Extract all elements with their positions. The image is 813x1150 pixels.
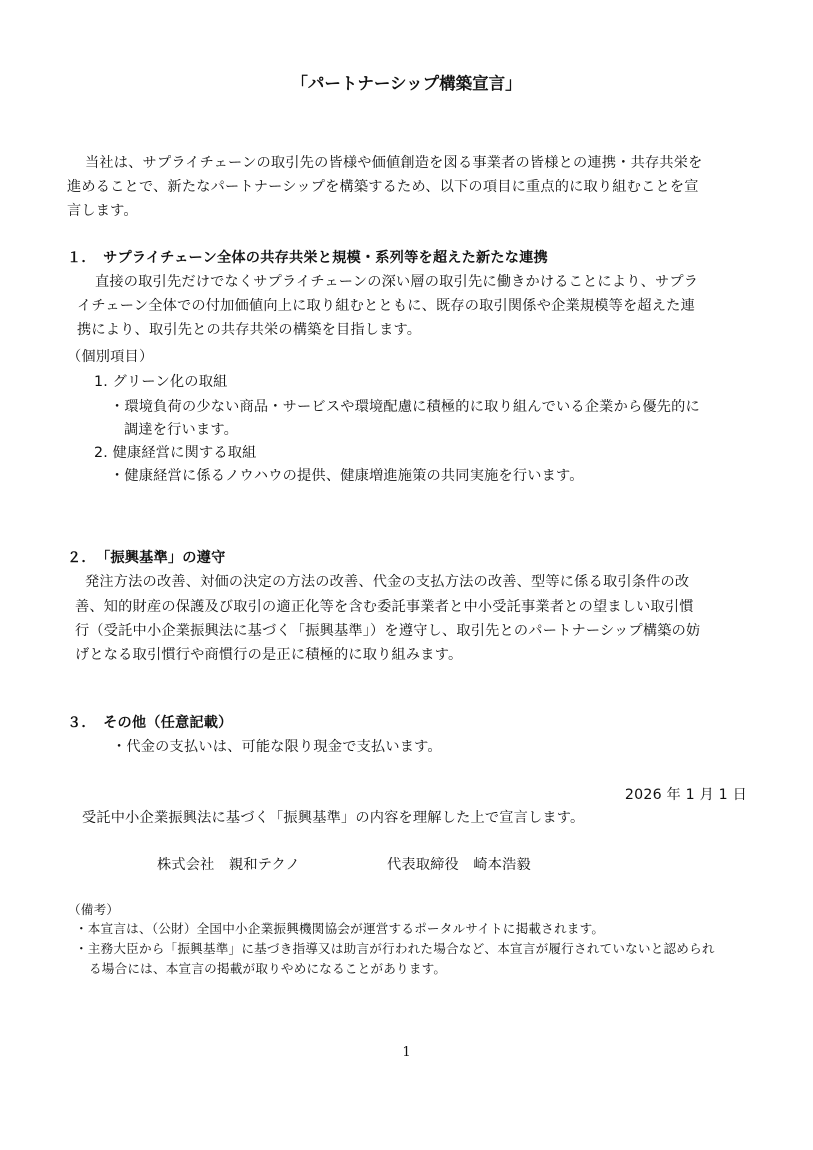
section-1-body-line-1: 直接の取引先だけでなくサプライチェーンの深い層の取引先に働きかけることにより、サ… xyxy=(95,272,698,292)
notes-label: （備考） xyxy=(68,901,119,919)
note-2-line-2: る場合には、本宣言の掲載が取りやめになることがあります。 xyxy=(89,960,446,978)
section-3-heading: ３． その他（任意記載） xyxy=(67,713,233,733)
item-1-bullet-line-2: 調達を行います。 xyxy=(124,420,238,440)
item-2-bullet: ・健康経営に係るノウハウの提供、健康増進施策の共同実施を行います。 xyxy=(110,466,584,486)
section-1-body-line-2: イチェーン全体での付加価値向上に取り組むとともに、既存の取引関係や企業規模等を超… xyxy=(77,296,695,316)
intro-line-1: 当社は、サプライチェーンの取引先の皆様や価値創造を図る事業者の皆様との連携・共存… xyxy=(85,153,703,173)
intro-line-2: 進めることで、新たなパートナーシップを構築するため、以下の項目に重点的に取り組む… xyxy=(67,177,699,197)
section-2-heading: ２． 「振興基準」の遵守 xyxy=(67,548,225,568)
company-name: 株式会社 親和テクノ xyxy=(157,855,300,875)
section-1-heading: １． サプライチェーン全体の共存共栄と規模・系列等を超えた新たな連携 xyxy=(67,248,548,268)
note-2-line-1: ・主務大臣から「振興基準」に基づき指導又は助言が行われた場合など、本宣言が履行さ… xyxy=(75,940,715,958)
section-3-bullet: ・代金の支払いは、可能な限り現金で支払います。 xyxy=(112,737,442,757)
note-1: ・本宣言は、（公財）全国中小企業振興機関協会が運営するポータルサイトに掲載されま… xyxy=(75,920,604,938)
section-2-body-line-4: げとなる取引慣行や商慣行の是正に積極的に取り組みます。 xyxy=(75,645,462,665)
intro-line-3: 言します。 xyxy=(67,201,138,221)
page-number: 1 xyxy=(0,1045,813,1060)
item-2-title: 2. 健康経営に関する取組 xyxy=(94,443,257,463)
declaration-date: 2026 年 1 月 1 日 xyxy=(500,785,747,805)
document-title: 「パートナーシップ構築宣言」 xyxy=(0,72,813,96)
item-1-bullet-line-1: ・環境負荷の少ない商品・サービスや環境配慮に積極的に取り組んでいる企業から優先的… xyxy=(110,397,700,417)
document-page: 「パートナーシップ構築宣言」 当社は、サプライチェーンの取引先の皆様や価値創造を… xyxy=(0,0,813,1150)
section-2-body-line-3: 行（受託中小企業振興法に基づく「振興基準」）を遵守し、取引先とのパートナーシップ… xyxy=(75,621,700,641)
section-2-body-line-1: 発注方法の改善、対価の決定の方法の改善、代金の支払方法の改善、型等に係る取引条件… xyxy=(85,572,689,592)
representative-name: 代表取締役 崎本浩毅 xyxy=(387,855,531,875)
section-1-body-line-3: 携により、取引先との共存共栄の構築を目指します。 xyxy=(77,320,421,340)
declaration-statement: 受託中小企業振興法に基づく「振興基準」の内容を理解した上で宣言します。 xyxy=(82,808,584,828)
item-1-title: 1. グリーン化の取組 xyxy=(94,372,227,392)
items-label: （個別項目） xyxy=(67,347,153,367)
section-2-body-line-2: 善、知的財産の保護及び取引の適正化等を含む委託事業者と中小受託事業者との望ましい… xyxy=(75,597,694,617)
